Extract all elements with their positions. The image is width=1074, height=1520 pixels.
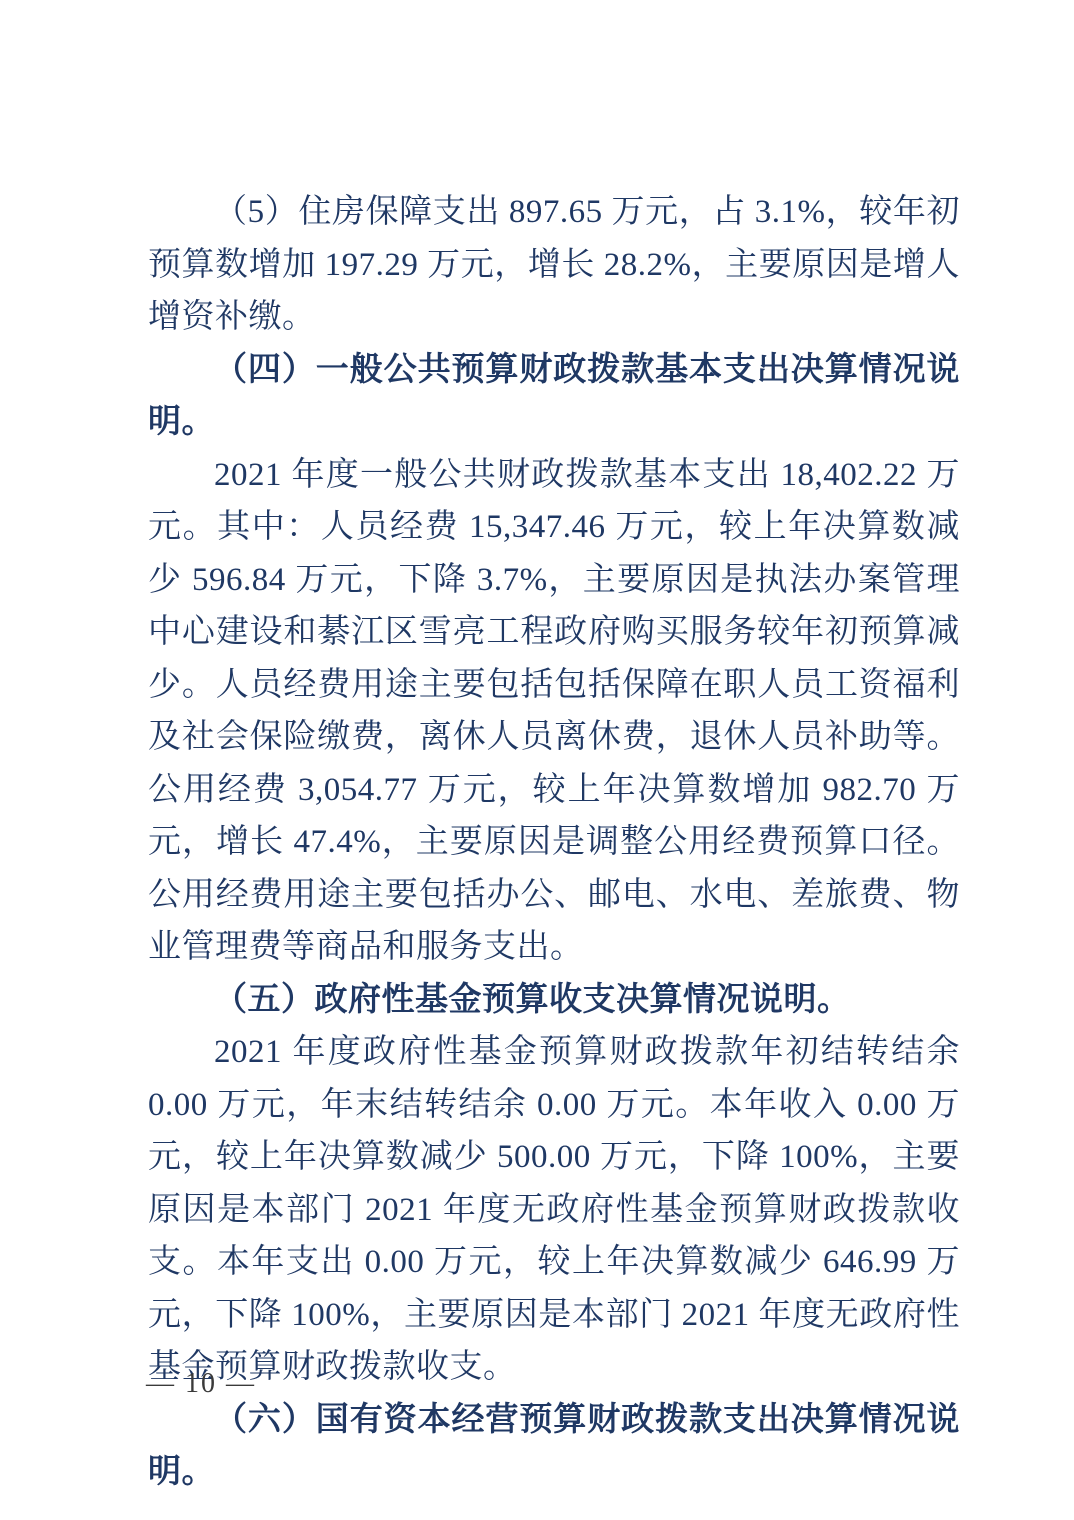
paragraph-government-fund-detail: 2021 年度政府性基金预算财政拨款年初结转结余 0.00 万元，年末结转结余 … xyxy=(148,1026,960,1394)
section-heading-4-basic-expenditure: （四）一般公共预算财政拨款基本支出决算情况说明。 xyxy=(148,344,960,449)
paragraph-housing-expense: （5）住房保障支出 897.65 万元，占 3.1%，较年初预算数增加 197.… xyxy=(148,186,960,344)
document-body: （5）住房保障支出 897.65 万元，占 3.1%，较年初预算数增加 197.… xyxy=(148,186,960,1499)
page-number: — 10 — xyxy=(146,1368,256,1400)
paragraph-basic-expenditure-detail: 2021 年度一般公共财政拨款基本支出 18,402.22 万元。其中：人员经费… xyxy=(148,449,960,974)
document-page: （5）住房保障支出 897.65 万元，占 3.1%，较年初预算数增加 197.… xyxy=(0,0,1074,1520)
section-heading-5-government-fund: （五）政府性基金预算收支决算情况说明。 xyxy=(148,974,960,1027)
section-heading-6-state-capital: （六）国有资本经营预算财政拨款支出决算情况说明。 xyxy=(148,1394,960,1499)
